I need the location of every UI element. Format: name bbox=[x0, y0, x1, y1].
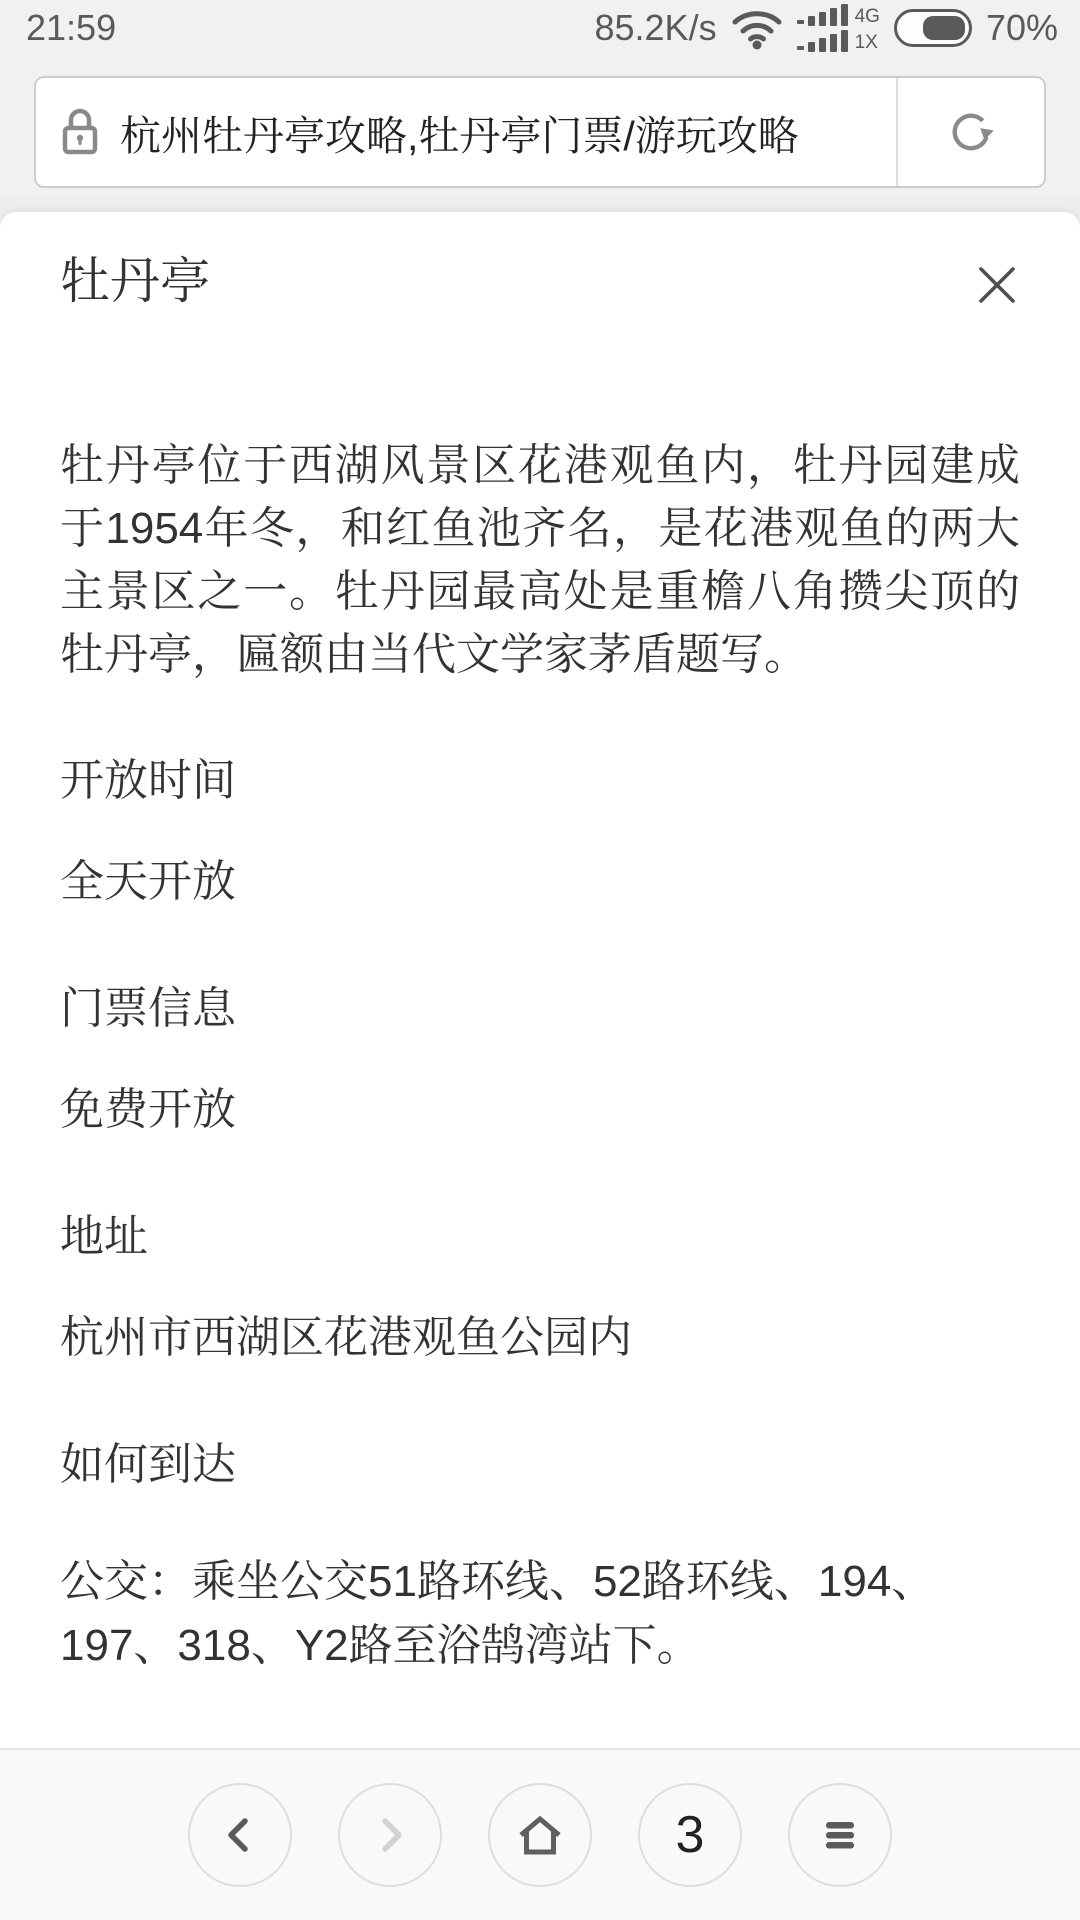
section-open-hours: 开放时间 全天开放 bbox=[60, 758, 1020, 914]
section-value: 免费开放 bbox=[60, 1078, 1020, 1142]
status-bar: 21:59 85.2K/s bbox=[0, 0, 1080, 56]
menu-button[interactable] bbox=[788, 1783, 892, 1887]
network-speed: 85.2K/s bbox=[594, 7, 716, 49]
address-bar[interactable]: 杭州牡丹亭攻略,牡丹亭门票/游玩攻略 bbox=[34, 76, 1046, 188]
sheet-title: 牡丹亭 bbox=[60, 250, 210, 312]
sim2-network-type: 1X bbox=[855, 33, 878, 52]
section-value: 全天开放 bbox=[60, 850, 1020, 914]
sheet-header: 牡丹亭 bbox=[60, 212, 1020, 316]
section-heading: 门票信息 bbox=[60, 986, 1020, 1032]
battery-icon bbox=[894, 9, 972, 47]
intro-paragraph: 牡丹亭位于西湖风景区花港观鱼内，牡丹园建成于1954年冬，和红鱼池齐名，是花港观… bbox=[60, 434, 1020, 686]
browser-nav-bar: 3 bbox=[0, 1748, 1080, 1920]
info-sheet: 牡丹亭 牡丹亭位于西湖风景区花港观鱼内，牡丹园建成于1954年冬，和红鱼池齐名，… bbox=[0, 212, 1080, 1748]
clock: 21:59 bbox=[26, 7, 116, 49]
section-how-to-arrive: 如何到达 公交：乘坐公交51路环线、52路环线、194、197、318、Y2路至… bbox=[60, 1442, 1020, 1678]
section-heading: 地址 bbox=[60, 1214, 1020, 1260]
section-value: 公交：乘坐公交51路环线、52路环线、194、197、318、Y2路至浴鹄湾站下… bbox=[60, 1550, 1020, 1678]
cell-signal-icon: 4G 1X bbox=[797, 4, 880, 52]
home-icon bbox=[515, 1811, 565, 1859]
tab-count: 3 bbox=[676, 1805, 705, 1865]
forward-button[interactable] bbox=[338, 1783, 442, 1887]
section-heading: 开放时间 bbox=[60, 758, 1020, 804]
sim1-network-type: 4G bbox=[855, 7, 880, 26]
chevron-left-icon bbox=[216, 1811, 264, 1859]
lock-icon bbox=[60, 107, 100, 157]
browser-chrome: 杭州牡丹亭攻略,牡丹亭门票/游玩攻略 bbox=[0, 56, 1080, 196]
menu-icon bbox=[817, 1812, 863, 1858]
battery-percent: 70% bbox=[986, 7, 1058, 49]
refresh-button[interactable] bbox=[898, 78, 1044, 186]
back-button[interactable] bbox=[188, 1783, 292, 1887]
status-indicators: 85.2K/s bbox=[594, 4, 1058, 52]
wifi-icon bbox=[731, 6, 783, 50]
home-button[interactable] bbox=[488, 1783, 592, 1887]
section-address: 地址 杭州市西湖区花港观鱼公园内 bbox=[60, 1214, 1020, 1370]
section-value: 杭州市西湖区花港观鱼公园内 bbox=[60, 1306, 1020, 1370]
chevron-right-icon bbox=[366, 1811, 414, 1859]
section-ticket-info: 门票信息 免费开放 bbox=[60, 986, 1020, 1142]
close-button[interactable] bbox=[966, 254, 1028, 316]
section-heading: 如何到达 bbox=[60, 1442, 1020, 1488]
tabs-button[interactable]: 3 bbox=[638, 1783, 742, 1887]
page-title: 杭州牡丹亭攻略,牡丹亭门票/游玩攻略 bbox=[120, 103, 896, 162]
